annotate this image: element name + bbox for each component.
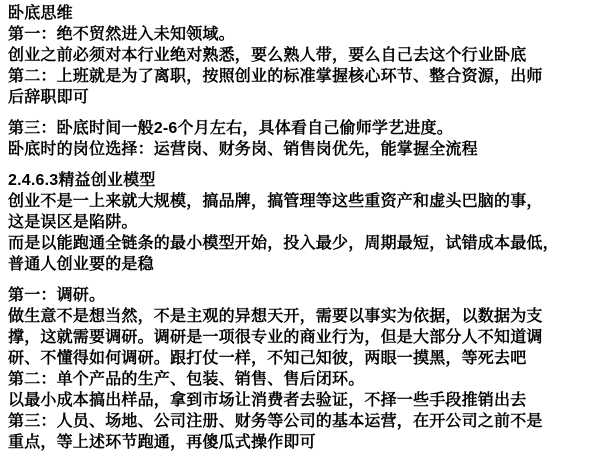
section-lean-startup-steps: 第一：调研。 做生意不是想当然，不是主观的异想天开，需要以事实为依据，以数据为支… [8, 285, 604, 453]
section-undercover-mindset: 卧底思维 第一：绝不贸然进入未知领域。 创业之前必须对本行业绝对熟悉，要么熟人带… [8, 3, 604, 108]
section-undercover-duration: 第三：卧底时间一般2-6个月左右，具体看自己偷师学艺进度。 卧底时的岗位选择：运… [8, 118, 604, 160]
section-lean-startup-model: 2.4.6.3精益创业模型 创业不是一上来就大规模，搞品牌，搞管理等这些重资产和… [8, 170, 604, 275]
document-page: 卧底思维 第一：绝不贸然进入未知领域。 创业之前必须对本行业绝对熟悉，要么熟人带… [0, 0, 610, 464]
